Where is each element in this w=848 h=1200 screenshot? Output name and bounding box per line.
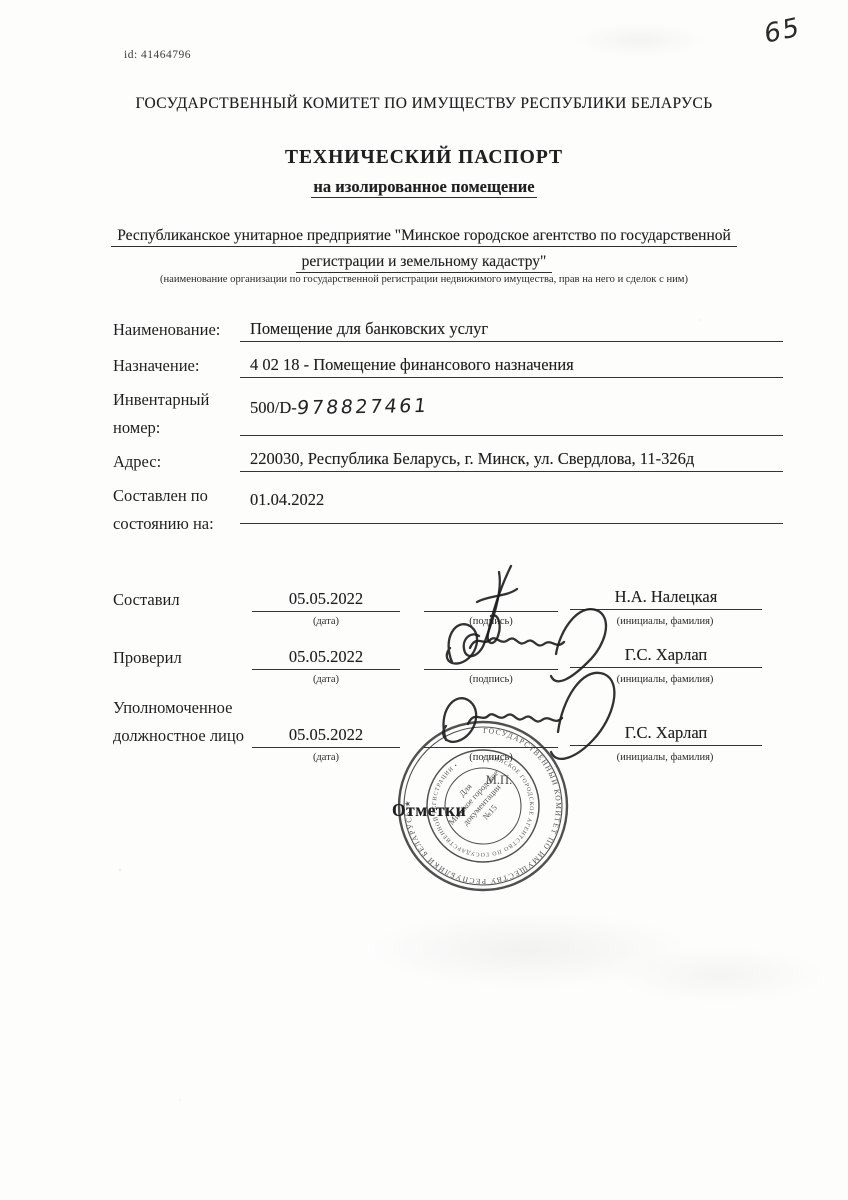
- field-line-state-date: [240, 500, 783, 524]
- sig-row2-date-line: 05.05.2022: [252, 646, 400, 670]
- organization-caption: (наименование организации по государстве…: [0, 274, 848, 285]
- field-line-inventory: [240, 412, 783, 436]
- sig-row2-name: Г.С. Харлап: [625, 645, 708, 667]
- field-label-inventory-2: номер:: [113, 418, 160, 438]
- stamp-mp-label: М.П.: [486, 773, 512, 787]
- sig-row2-sign-caption: (подпись): [424, 674, 558, 685]
- field-value-name: Помещение для банковских услуг: [240, 319, 488, 341]
- svg-text:№15: №15: [480, 802, 499, 821]
- field-value-purpose: 4 02 18 - Помещение финансового назначен…: [240, 355, 574, 377]
- field-label-inventory-1: Инвентарный: [113, 390, 209, 410]
- sig-row3-date-caption: (дата): [252, 752, 400, 763]
- svg-text:документации: документации: [461, 782, 503, 827]
- field-line-purpose: 4 02 18 - Помещение финансового назначен…: [240, 354, 783, 378]
- field-line-address: 220030, Республика Беларусь, г. Минск, у…: [240, 448, 783, 472]
- sig-row3-date: 05.05.2022: [289, 725, 363, 747]
- handwritten-page-number: 65: [764, 12, 801, 50]
- field-label-name: Наименование:: [113, 320, 220, 340]
- sig-row2-name-line: Г.С. Харлап: [570, 644, 762, 668]
- field-label-address: Адрес:: [113, 452, 161, 472]
- field-line-name: Помещение для банковских услуг: [240, 318, 783, 342]
- sig-row3-label-2: должностное лицо: [113, 726, 244, 746]
- sig-row2-date: 05.05.2022: [289, 647, 363, 669]
- organization-name-line1: Республиканское унитарное предприятие "М…: [0, 227, 848, 245]
- sig-row3-sign-caption: (подпись): [424, 752, 558, 763]
- scan-id: id: 41464796: [124, 49, 191, 61]
- sig-row3-name-line: Г.С. Харлап: [570, 722, 762, 746]
- sig-row1-name-caption: (инициалы, фамилия): [555, 616, 775, 627]
- field-label-state-date-2: состоянию на:: [113, 514, 214, 534]
- sig-row3-date-line: 05.05.2022: [252, 724, 400, 748]
- sig-row2-name-caption: (инициалы, фамилия): [555, 674, 775, 685]
- marks-heading: Отметки: [392, 800, 466, 821]
- sig-row1-sign-caption: (подпись): [424, 616, 558, 627]
- sig-row3-name-caption: (инициалы, фамилия): [555, 752, 775, 763]
- document-title: ТЕХНИЧЕСКИЙ ПАСПОРТ: [0, 147, 848, 169]
- field-label-state-date-1: Составлен по: [113, 486, 208, 506]
- sig-row3-sign-line: [424, 724, 558, 748]
- sig-row2-date-caption: (дата): [252, 674, 400, 685]
- sig-row3-name: Г.С. Харлап: [625, 723, 708, 745]
- sig-row1-name: Н.А. Налецкая: [615, 587, 718, 609]
- organization-name-line2: регистрации и земельному кадастру": [0, 253, 848, 271]
- committee-header: ГОСУДАРСТВЕННЫЙ КОМИТЕТ ПО ИМУЩЕСТВУ РЕС…: [0, 95, 848, 113]
- sig-row1-name-line: Н.А. Налецкая: [570, 586, 762, 610]
- svg-text:Для: Для: [457, 781, 474, 798]
- sig-row1-label: Составил: [113, 590, 180, 610]
- sig-row1-sign-line: [424, 588, 558, 612]
- document-subtitle: на изолированное помещение: [0, 177, 848, 197]
- sig-row1-date-caption: (дата): [252, 616, 400, 627]
- sig-row2-label: Проверил: [113, 648, 182, 668]
- sig-row1-date-line: 05.05.2022: [252, 588, 400, 612]
- sig-row2-sign-line: [424, 646, 558, 670]
- field-value-address: 220030, Республика Беларусь, г. Минск, у…: [240, 449, 694, 471]
- sig-row3-label-1: Уполномоченное: [113, 698, 232, 718]
- field-label-purpose: Назначение:: [113, 356, 199, 376]
- sig-row1-date: 05.05.2022: [289, 589, 363, 611]
- scanned-document-page: id: 41464796 65 ГОСУДАРСТВЕННЫЙ КОМИТЕТ …: [0, 0, 848, 1200]
